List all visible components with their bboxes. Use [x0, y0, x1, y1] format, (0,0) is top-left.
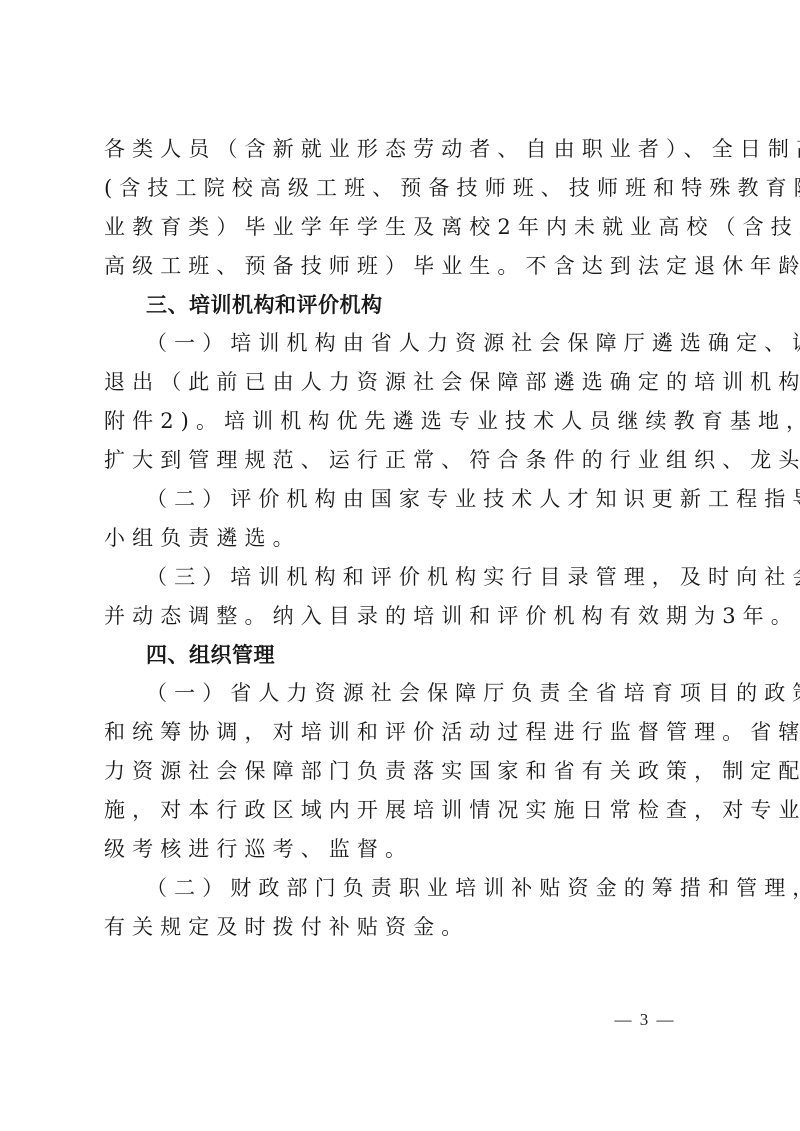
- paragraph-line: （一）省人力资源社会保障厅负责全省培育项目的政策制定: [104, 674, 696, 713]
- paragraph-line: 和统筹协调，对培训和评价活动过程进行监督管理。省辖市级人: [104, 713, 696, 752]
- paragraph-line: 高级工班、预备技师班）毕业生。不含达到法定退休年龄人员。: [104, 247, 696, 286]
- paragraph-line: 附件2)。培训机构优先遴选专业技术人员继续教育基地，逐步: [104, 402, 696, 441]
- paragraph-line: （一）培训机构由省人力资源社会保障厅遴选确定、调整和: [104, 324, 696, 363]
- paragraph-line: （三）培训机构和评价机构实行目录管理，及时向社会公开: [104, 558, 696, 597]
- paragraph-line: 小组负责遴选。: [104, 519, 696, 558]
- paragraph-line: 力资源社会保障部门负责落实国家和省有关政策，制定配套措: [104, 752, 696, 791]
- paragraph-line: (含技工院校高级工班、预备技师班、技师班和特殊教育院校职: [104, 169, 696, 208]
- section-heading-organization-management: 四、组织管理: [104, 636, 696, 675]
- paragraph-line: 级考核进行巡考、监督。: [104, 830, 696, 869]
- paragraph-line: 扩大到管理规范、运行正常、符合条件的行业组织、龙头企业。: [104, 441, 696, 480]
- section-heading-training-institutions: 三、培训机构和评价机构: [104, 286, 696, 325]
- paragraph-line: 退出（此前已由人力资源社会保障部遴选确定的培训机构名单见: [104, 363, 696, 402]
- page-number: — 3 —: [600, 1010, 690, 1030]
- document-body: 各类人员（含新就业形态劳动者、自由职业者）、全日制高校 (含技工院校高级工班、预…: [104, 130, 696, 947]
- paragraph-line: 业教育类）毕业学年学生及离校2年内未就业高校（含技工院校: [104, 208, 696, 247]
- paragraph-line: （二）评价机构由国家专业技术人才知识更新工程指导协调: [104, 480, 696, 519]
- paragraph-line: 各类人员（含新就业形态劳动者、自由职业者）、全日制高校: [104, 130, 696, 169]
- paragraph-line: 施，对本行政区域内开展培训情况实施日常检查，对专业技术等: [104, 791, 696, 830]
- paragraph-line: 有关规定及时拨付补贴资金。: [104, 908, 696, 947]
- paragraph-line: （二）财政部门负责职业培训补贴资金的筹措和管理，按照: [104, 869, 696, 908]
- paragraph-line: 并动态调整。纳入目录的培训和评价机构有效期为3年。: [104, 597, 696, 636]
